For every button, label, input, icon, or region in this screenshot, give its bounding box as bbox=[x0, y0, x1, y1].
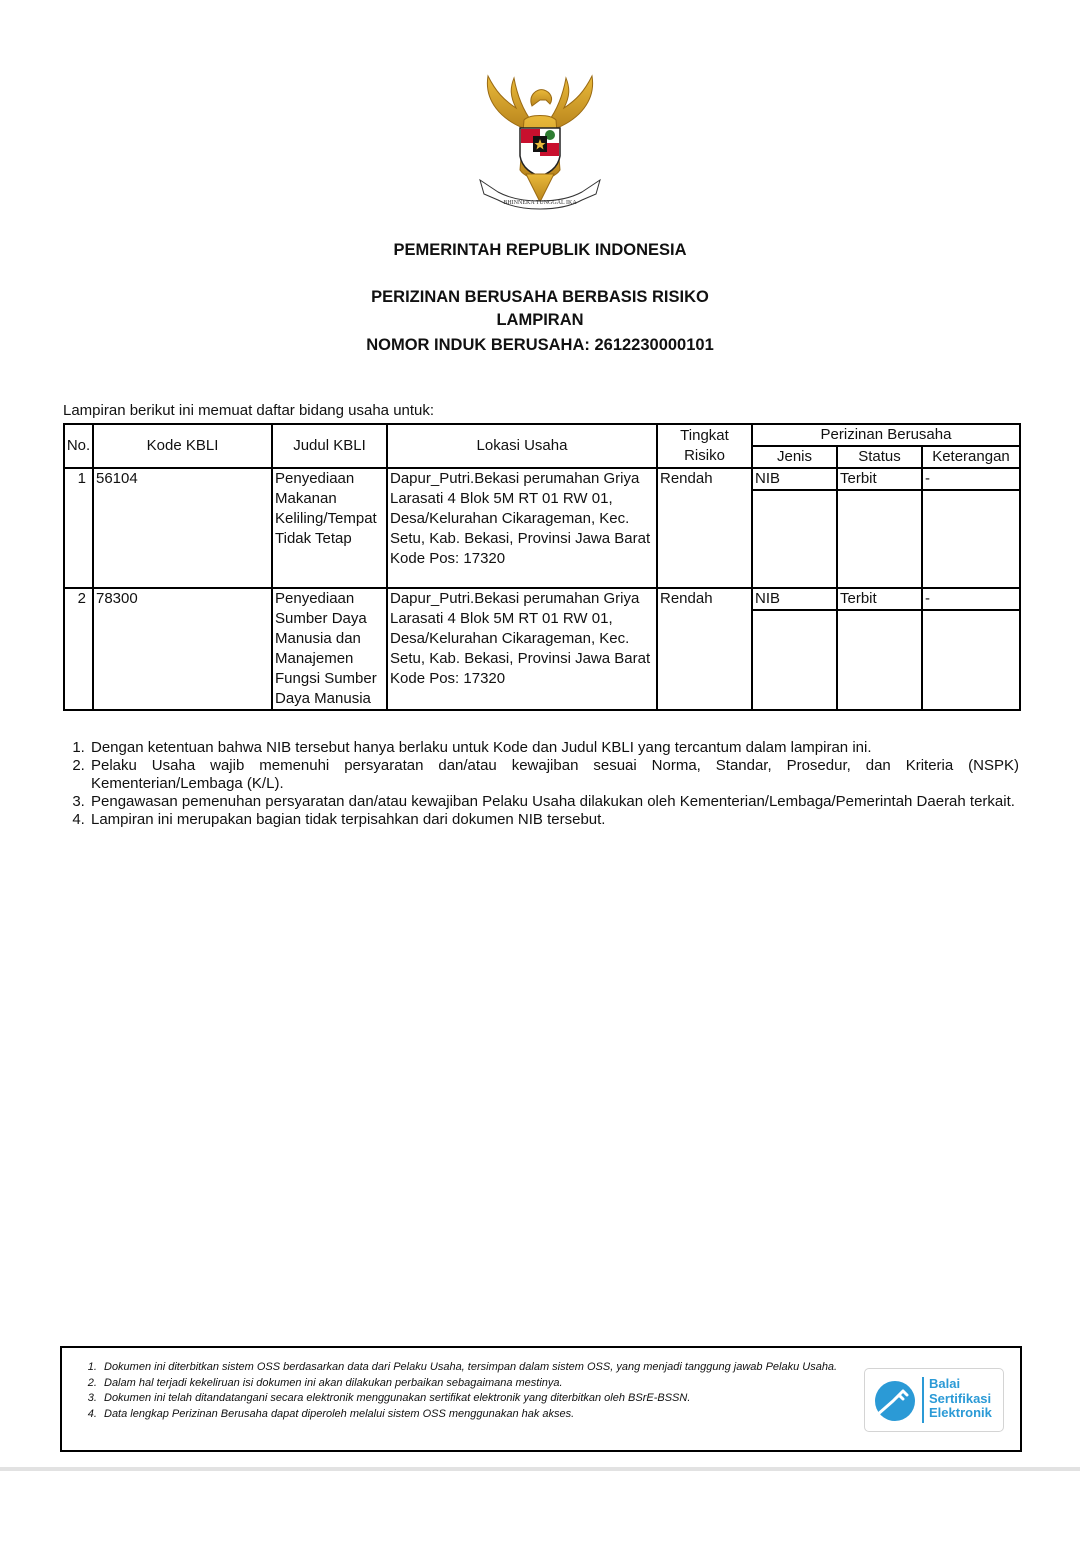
note-item: Pengawasan pemenuhan persyaratan dan/ata… bbox=[89, 793, 1019, 811]
lokasi-address: Dapur_Putri.Bekasi perumahan Griya Laras… bbox=[390, 470, 650, 547]
cell-tingkat-risiko: Rendah bbox=[657, 588, 752, 710]
footer-disclaimer-box: Dokumen ini diterbitkan sistem OSS berda… bbox=[60, 1346, 1022, 1452]
nib-number: NOMOR INDUK BERUSAHA: 2612230000101 bbox=[0, 336, 1080, 355]
cell-status: Terbit bbox=[837, 588, 922, 610]
header-judul-kbli: Judul KBLI bbox=[272, 424, 387, 468]
cell-jenis: NIB bbox=[752, 468, 837, 490]
footer-note-item: Dokumen ini telah ditandatangani secara … bbox=[100, 1391, 864, 1407]
note-item: Lampiran ini merupakan bagian tidak terp… bbox=[89, 811, 1019, 829]
garuda-emblem-icon: BHINNEKA TUNGGAL IKA bbox=[470, 70, 610, 220]
cell-judul-kbli: Penyediaan Makanan Keliling/Tempat Tidak… bbox=[272, 468, 387, 588]
cell-kode-kbli: 78300 bbox=[93, 588, 272, 710]
bse-divider bbox=[922, 1377, 924, 1423]
table-row: 2 78300 Penyediaan Sumber Daya Manusia d… bbox=[64, 588, 1020, 610]
page-separator bbox=[0, 1467, 1080, 1471]
bse-logo: Balai Sertifikasi Elektronik bbox=[864, 1368, 1004, 1432]
header-perizinan-berusaha: Perizinan Berusaha bbox=[752, 424, 1020, 446]
footer-note-item: Dokumen ini diterbitkan sistem OSS berda… bbox=[100, 1360, 864, 1376]
government-heading: PEMERINTAH REPUBLIK INDONESIA bbox=[0, 241, 1080, 260]
note-item: Dengan ketentuan bahwa NIB tersebut hany… bbox=[89, 739, 1019, 757]
notes-list: Dengan ketentuan bahwa NIB tersebut hany… bbox=[63, 739, 1019, 829]
svg-text:BHINNEKA TUNGGAL IKA: BHINNEKA TUNGGAL IKA bbox=[503, 200, 577, 206]
cell-keterangan: - bbox=[922, 588, 1020, 610]
header-no: No. bbox=[64, 424, 93, 468]
cell-tingkat-risiko: Rendah bbox=[657, 468, 752, 588]
cell-judul-kbli: Penyediaan Sumber Daya Manusia dan Manaj… bbox=[272, 588, 387, 710]
cell-no: 2 bbox=[64, 588, 93, 710]
cell-kode-kbli: 56104 bbox=[93, 468, 272, 588]
cell-status: Terbit bbox=[837, 468, 922, 490]
lokasi-kode-pos: Kode Pos: 17320 bbox=[390, 670, 505, 687]
kbli-table: No. Kode KBLI Judul KBLI Lokasi Usaha Ti… bbox=[63, 423, 1021, 711]
intro-text: Lampiran berikut ini memuat daftar bidan… bbox=[63, 402, 434, 419]
note-item: Pelaku Usaha wajib memenuhi persyaratan … bbox=[89, 757, 1019, 793]
document-subtitle: LAMPIRAN bbox=[0, 311, 1080, 330]
cell-keterangan: - bbox=[922, 468, 1020, 490]
header-jenis: Jenis bbox=[752, 446, 837, 468]
table-row: 1 56104 Penyediaan Makanan Keliling/Temp… bbox=[64, 468, 1020, 490]
header-lokasi-usaha: Lokasi Usaha bbox=[387, 424, 657, 468]
lokasi-address: Dapur_Putri.Bekasi perumahan Griya Laras… bbox=[390, 590, 650, 667]
header-tingkat-risiko: Tingkat Risiko bbox=[657, 424, 752, 468]
header-status: Status bbox=[837, 446, 922, 468]
document-title: PERIZINAN BERUSAHA BERBASIS RISIKO bbox=[0, 288, 1080, 307]
lokasi-kode-pos: Kode Pos: 17320 bbox=[390, 550, 505, 567]
footer-notes: Dokumen ini diterbitkan sistem OSS berda… bbox=[74, 1360, 864, 1422]
footer-note-item: Dalam hal terjadi kekeliruan isi dokumen… bbox=[100, 1376, 864, 1392]
header-kode-kbli: Kode KBLI bbox=[93, 424, 272, 468]
header-keterangan: Keterangan bbox=[922, 446, 1020, 468]
cell-lokasi-usaha: Dapur_Putri.Bekasi perumahan Griya Laras… bbox=[387, 468, 657, 588]
cell-no: 1 bbox=[64, 468, 93, 588]
key-icon bbox=[869, 1379, 917, 1428]
bse-logo-text: Balai Sertifikasi Elektronik bbox=[929, 1377, 992, 1421]
cell-lokasi-usaha: Dapur_Putri.Bekasi perumahan Griya Laras… bbox=[387, 588, 657, 710]
footer-note-item: Data lengkap Perizinan Berusaha dapat di… bbox=[100, 1407, 864, 1423]
cell-jenis: NIB bbox=[752, 588, 837, 610]
